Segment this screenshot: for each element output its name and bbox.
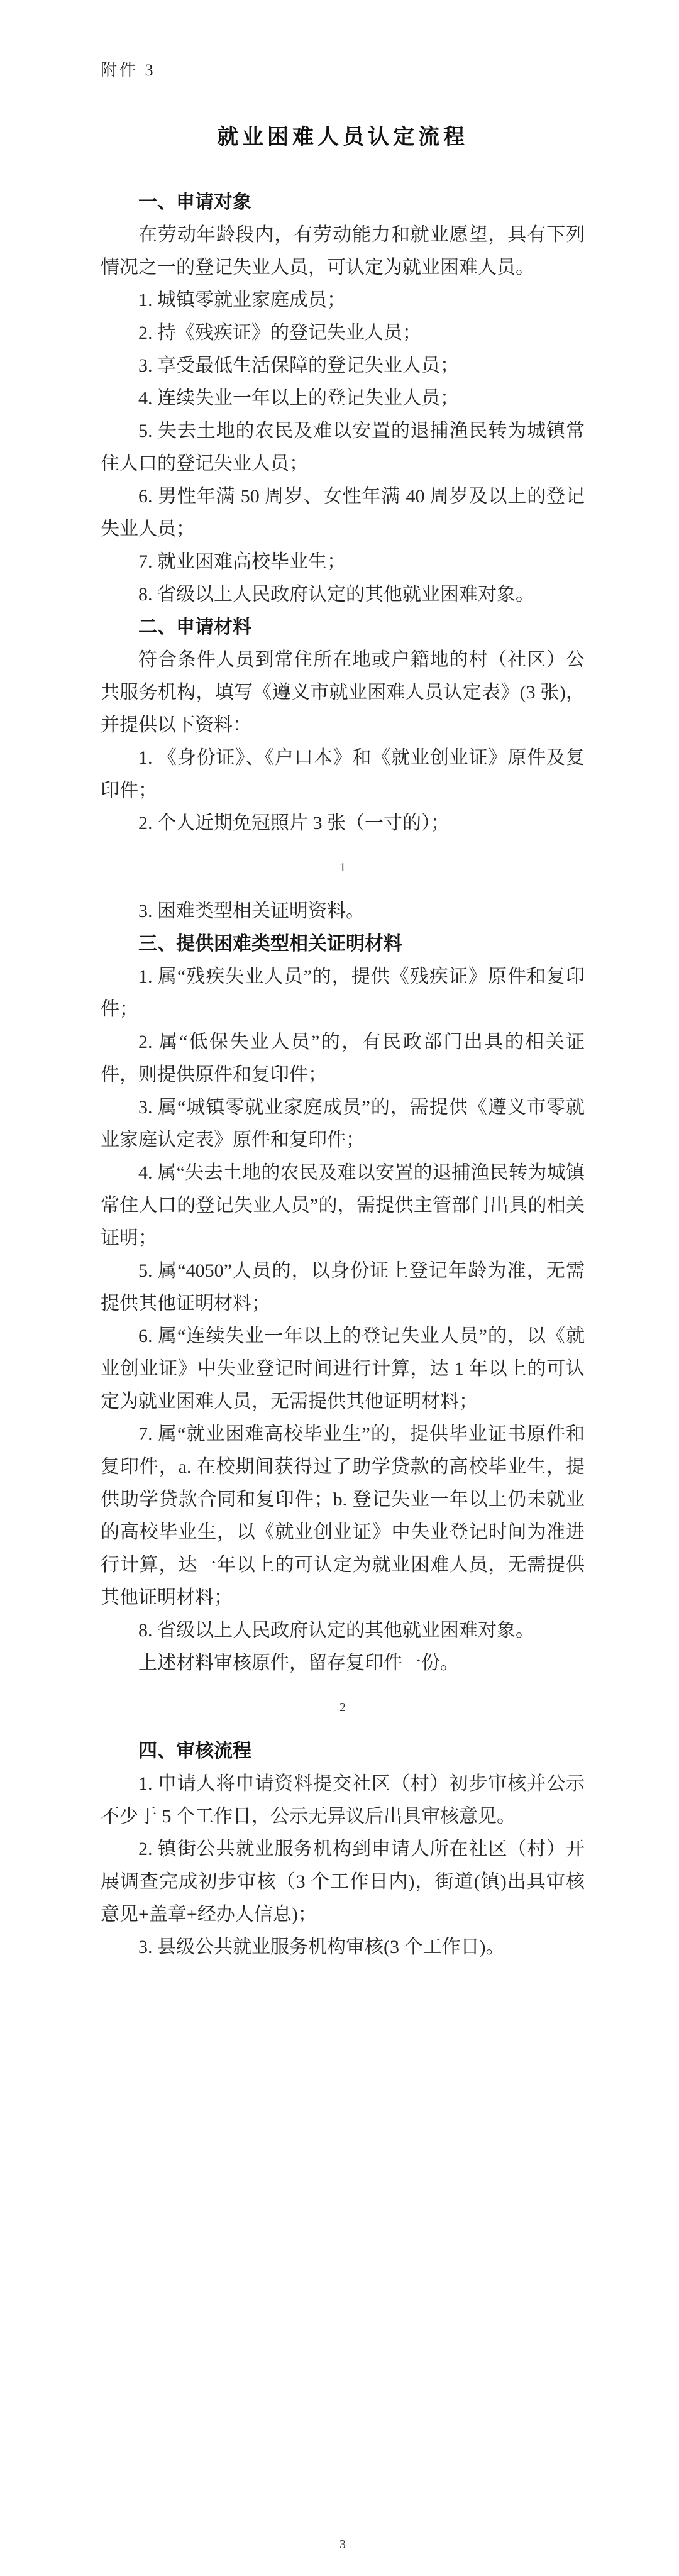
- list-item: 8. 省级以上人民政府认定的其他就业困难对象。: [101, 1614, 585, 1647]
- list-item: 5. 失去土地的农民及难以安置的退捕渔民转为城镇常住人口的登记失业人员；: [101, 415, 585, 480]
- list-item: 8. 省级以上人民政府认定的其他就业困难对象。: [101, 578, 585, 611]
- attachment-label: 附件 3: [101, 59, 585, 82]
- document-page: 附件 3 就业困难人员认定流程 一、申请对象 在劳动年龄段内，有劳动能力和就业愿…: [0, 0, 679, 2576]
- list-item: 3. 县级公共就业服务机构审核(3 个工作日)。: [101, 1931, 585, 1964]
- section-heading-review-process: 四、审核流程: [101, 1735, 585, 1768]
- list-item: 6. 男性年满 50 周岁、女性年满 40 周岁及以上的登记失业人员；: [101, 480, 585, 546]
- page-number-1: 1: [339, 861, 346, 875]
- list-item: 2. 个人近期免冠照片 3 张（一寸的）；: [101, 807, 585, 840]
- list-item: 2. 镇街公共就业服务机构到申请人所在社区（村）开展调查完成初步审核（3 个工作…: [101, 1833, 585, 1931]
- section-heading-proof-materials: 三、提供困难类型相关证明材料: [101, 928, 585, 960]
- list-item: 5. 属“4050”人员的，以身份证上登记年龄为准，无需提供其他证明材料；: [101, 1255, 585, 1320]
- list-item: 1. 城镇零就业家庭成员；: [101, 284, 585, 317]
- list-item: 1. 申请人将申请资料提交社区（村）初步审核并公示不少于 5 个工作日，公示无异…: [101, 1768, 585, 1833]
- list-item: 4. 属“失去土地的农民及难以安置的退捕渔民转为城镇常住人口的登记失业人员”的，…: [101, 1157, 585, 1255]
- paragraph: 上述材料审核原件，留存复印件一份。: [101, 1647, 585, 1680]
- paragraph: 符合条件人员到常住所在地或户籍地的村（社区）公共服务机构，填写《遵义市就业困难人…: [101, 644, 585, 742]
- list-item: 7. 就业困难高校毕业生；: [101, 546, 585, 578]
- page-break: 2: [101, 1680, 585, 1735]
- list-item: 3. 困难类型相关证明资料。: [101, 895, 585, 928]
- list-item: 3. 享受最低生活保障的登记失业人员；: [101, 350, 585, 382]
- list-item: 2. 属“低保失业人员”的，有民政部门出具的相关证件，则提供原件和复印件；: [101, 1026, 585, 1091]
- list-item: 4. 连续失业一年以上的登记失业人员；: [101, 382, 585, 415]
- page-break: 1: [101, 840, 585, 895]
- list-item: 6. 属“连续失业一年以上的登记失业人员”的，以《就业创业证》中失业登记时间进行…: [101, 1320, 585, 1418]
- list-item: 1. 属“残疾失业人员”的，提供《残疾证》原件和复印件；: [101, 960, 585, 1026]
- page-break: 3: [101, 2517, 585, 2572]
- list-item: 1. 《身份证》、《户口本》和《就业创业证》原件及复印件；: [101, 742, 585, 807]
- list-item: 7. 属“就业困难高校毕业生”的，提供毕业证书原件和复印件，a. 在校期间获得过…: [101, 1418, 585, 1614]
- section-heading-apply-targets: 一、申请对象: [101, 186, 585, 219]
- section-heading-apply-materials: 二、申请材料: [101, 611, 585, 644]
- paragraph: 在劳动年龄段内，有劳动能力和就业愿望，具有下列情况之一的登记失业人员，可认定为就…: [101, 219, 585, 284]
- document-title: 就业困难人员认定流程: [101, 122, 585, 153]
- list-item: 2. 持《残疾证》的登记失业人员；: [101, 317, 585, 350]
- blank-area: [101, 1964, 585, 2517]
- page-number-2: 2: [339, 1700, 346, 1715]
- list-item: 3. 属“城镇零就业家庭成员”的，需提供《遵义市零就业家庭认定表》原件和复印件；: [101, 1091, 585, 1157]
- page-number-3: 3: [339, 2538, 346, 2552]
